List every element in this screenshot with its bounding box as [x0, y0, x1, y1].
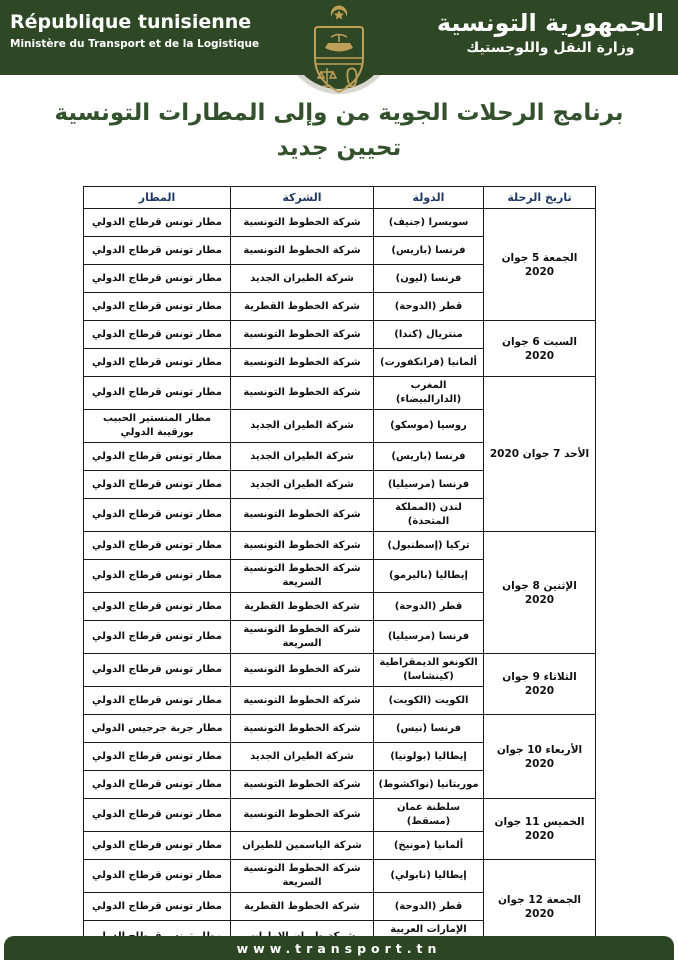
airport-cell: مطار تونس قرطاج الدولي	[84, 471, 231, 499]
table-row: الإثنين 8 جوان 2020تركيا (إسطنبول)شركة ا…	[84, 532, 596, 560]
page-title-line2: تحيين جديد	[277, 135, 401, 161]
airport-cell: مطار تونس قرطاج الدولي	[84, 654, 231, 687]
flight-date-cell: الإثنين 8 جوان 2020	[484, 532, 596, 654]
company-cell: شركة الخطوط التونسية	[231, 532, 374, 560]
company-cell: شركة الطيران الجديد	[231, 410, 374, 443]
airport-cell: مطار تونس قرطاج الدولي	[84, 893, 231, 921]
company-cell: شركة الخطوط التونسية	[231, 349, 374, 377]
company-cell: شركة الخطوط التونسية	[231, 654, 374, 687]
airport-cell: مطار تونس قرطاج الدولي	[84, 593, 231, 621]
company-cell: شركة الطيران الجديد	[231, 443, 374, 471]
airport-cell: مطار تونس قرطاج الدولي	[84, 687, 231, 715]
table-row: الأربعاء 10 جوان 2020فرنسا (نيس)شركة الخ…	[84, 715, 596, 743]
company-cell: شركة الخطوط التونسية	[231, 237, 374, 265]
company-cell: شركة الخطوط التونسية	[231, 209, 374, 237]
country-cell: قطر (الدوحة)	[374, 593, 484, 621]
country-cell: فرنسا (مرسيليا)	[374, 621, 484, 654]
company-cell: شركة الخطوط التونسية السريعة	[231, 860, 374, 893]
flight-date-cell: الأربعاء 10 جوان 2020	[484, 715, 596, 799]
country-cell: سويسرا (جنيف)	[374, 209, 484, 237]
company-cell: شركة الخطوط التونسية	[231, 499, 374, 532]
company-cell: شركة الخطوط التونسية	[231, 715, 374, 743]
company-cell: شركة الخطوط التونسية	[231, 799, 374, 832]
country-cell: لندن (المملكة المتحدة)	[374, 499, 484, 532]
header-right-block: الجمهورية التونسية وزارة النقل واللوجستي…	[437, 8, 664, 56]
flight-date-cell: الثلاثاء 9 جوان 2020	[484, 654, 596, 715]
airport-cell: مطار تونس قرطاج الدولي	[84, 771, 231, 799]
airport-cell: مطار تونس قرطاج الدولي	[84, 377, 231, 410]
country-cell: ألمانيا (مونيخ)	[374, 832, 484, 860]
company-cell: شركة الخطوط التونسية	[231, 771, 374, 799]
republic-title-ar: الجمهورية التونسية	[437, 8, 664, 38]
company-cell: شركة الطيران الجديد	[231, 265, 374, 293]
flight-date-cell: السبت 6 جوان 2020	[484, 321, 596, 377]
company-cell: شركة الياسمين للطيران	[231, 832, 374, 860]
company-cell: شركة الخطوط التونسية	[231, 321, 374, 349]
country-cell: إيطاليا (بولونيا)	[374, 743, 484, 771]
airport-cell: مطار تونس قرطاج الدولي	[84, 237, 231, 265]
airport-cell: مطار تونس قرطاج الدولي	[84, 621, 231, 654]
airport-cell: مطار تونس قرطاج الدولي	[84, 743, 231, 771]
country-cell: الكونغو الديمقراطية (كينشاسا)	[374, 654, 484, 687]
table-row: الجمعة 12 جوان 2020إيطاليا (نابولي)شركة …	[84, 860, 596, 893]
company-cell: شركة الخطوط القطرية	[231, 893, 374, 921]
airport-cell: مطار تونس قرطاج الدولي	[84, 209, 231, 237]
company-cell: شركة الخطوط التونسية	[231, 687, 374, 715]
flight-date-cell: الجمعة 5 جوان 2020	[484, 209, 596, 321]
airport-cell: مطار تونس قرطاج الدولي	[84, 832, 231, 860]
company-cell: شركة الخطوط القطرية	[231, 293, 374, 321]
ministry-subtitle-ar: وزارة النقل واللوجستيك	[437, 40, 664, 56]
airport-cell: مطار تونس قرطاج الدولي	[84, 265, 231, 293]
col-header-company: الشركة	[231, 187, 374, 209]
table-row: الجمعة 5 جوان 2020سويسرا (جنيف)شركة الخط…	[84, 209, 596, 237]
flight-schedule-table: تاريخ الرحلة الدولة الشركة المطار الجمعة…	[83, 186, 596, 954]
col-header-airport: المطار	[84, 187, 231, 209]
airport-cell: مطار تونس قرطاج الدولي	[84, 799, 231, 832]
country-cell: فرنسا (باريس)	[374, 443, 484, 471]
table-row: الخميس 11 جوان 2020سلطنة عمان (مسقط)شركة…	[84, 799, 596, 832]
country-cell: تركيا (إسطنبول)	[374, 532, 484, 560]
airport-cell: مطار تونس قرطاج الدولي	[84, 532, 231, 560]
country-cell: روسيا (موسكو)	[374, 410, 484, 443]
airport-cell: مطار تونس قرطاج الدولي	[84, 860, 231, 893]
table-header-row: تاريخ الرحلة الدولة الشركة المطار	[84, 187, 596, 209]
col-header-country: الدولة	[374, 187, 484, 209]
country-cell: قطر (الدوحة)	[374, 293, 484, 321]
flight-date-cell: الخميس 11 جوان 2020	[484, 799, 596, 860]
website-url: www.transport.tn	[237, 941, 442, 956]
republic-title-fr: République tunisienne	[10, 11, 259, 33]
country-cell: المغرب (الدارالبيضاء)	[374, 377, 484, 410]
airport-cell: مطار جربة جرجيس الدولي	[84, 715, 231, 743]
company-cell: شركة الخطوط التونسية السريعة	[231, 621, 374, 654]
airport-cell: مطار تونس قرطاج الدولي	[84, 349, 231, 377]
country-cell: فرنسا (نيس)	[374, 715, 484, 743]
header-left-block: République tunisienne Ministère du Trans…	[10, 11, 259, 50]
document-page: { "header": { "republic_fr": "République…	[0, 0, 678, 960]
country-cell: منتريال (كندا)	[374, 321, 484, 349]
airport-cell: مطار المنستير الحبيب بورقيبة الدولي	[84, 410, 231, 443]
country-cell: قطر (الدوحة)	[374, 893, 484, 921]
airport-cell: مطار تونس قرطاج الدولي	[84, 560, 231, 593]
footer-bar: www.transport.tn	[4, 936, 674, 960]
country-cell: موريتانيا (نواكشوط)	[374, 771, 484, 799]
company-cell: شركة الطيران الجديد	[231, 471, 374, 499]
col-header-date: تاريخ الرحلة	[484, 187, 596, 209]
airport-cell: مطار تونس قرطاج الدولي	[84, 321, 231, 349]
table-row: السبت 6 جوان 2020منتريال (كندا)شركة الخط…	[84, 321, 596, 349]
airport-cell: مطار تونس قرطاج الدولي	[84, 293, 231, 321]
country-cell: الكويت (الكويت)	[374, 687, 484, 715]
country-cell: إيطاليا (نابولي)	[374, 860, 484, 893]
country-cell: فرنسا (مرسيليا)	[374, 471, 484, 499]
company-cell: شركة الخطوط القطرية	[231, 593, 374, 621]
country-cell: فرنسا (باريس)	[374, 237, 484, 265]
table-row: الأحد 7 جوان 2020المغرب (الدارالبيضاء)شر…	[84, 377, 596, 410]
page-title-line1: برنامج الرحلات الجوية من وإلى المطارات ا…	[54, 100, 623, 126]
company-cell: شركة الخطوط التونسية	[231, 377, 374, 410]
country-cell: إيطاليا (باليرمو)	[374, 560, 484, 593]
country-cell: ألمانيا (فرانكفورت)	[374, 349, 484, 377]
tunisia-coat-of-arms-icon	[296, 4, 382, 96]
page-title: برنامج الرحلات الجوية من وإلى المطارات ا…	[20, 96, 658, 166]
country-cell: فرنسا (ليون)	[374, 265, 484, 293]
airport-cell: مطار تونس قرطاج الدولي	[84, 443, 231, 471]
company-cell: شركة الطيران الجديد	[231, 743, 374, 771]
ministry-subtitle-fr: Ministère du Transport et de la Logistiq…	[10, 38, 259, 50]
airport-cell: مطار تونس قرطاج الدولي	[84, 499, 231, 532]
table-row: الثلاثاء 9 جوان 2020الكونغو الديمقراطية …	[84, 654, 596, 687]
company-cell: شركة الخطوط التونسية السريعة	[231, 560, 374, 593]
country-cell: سلطنة عمان (مسقط)	[374, 799, 484, 832]
flight-date-cell: الأحد 7 جوان 2020	[484, 377, 596, 532]
